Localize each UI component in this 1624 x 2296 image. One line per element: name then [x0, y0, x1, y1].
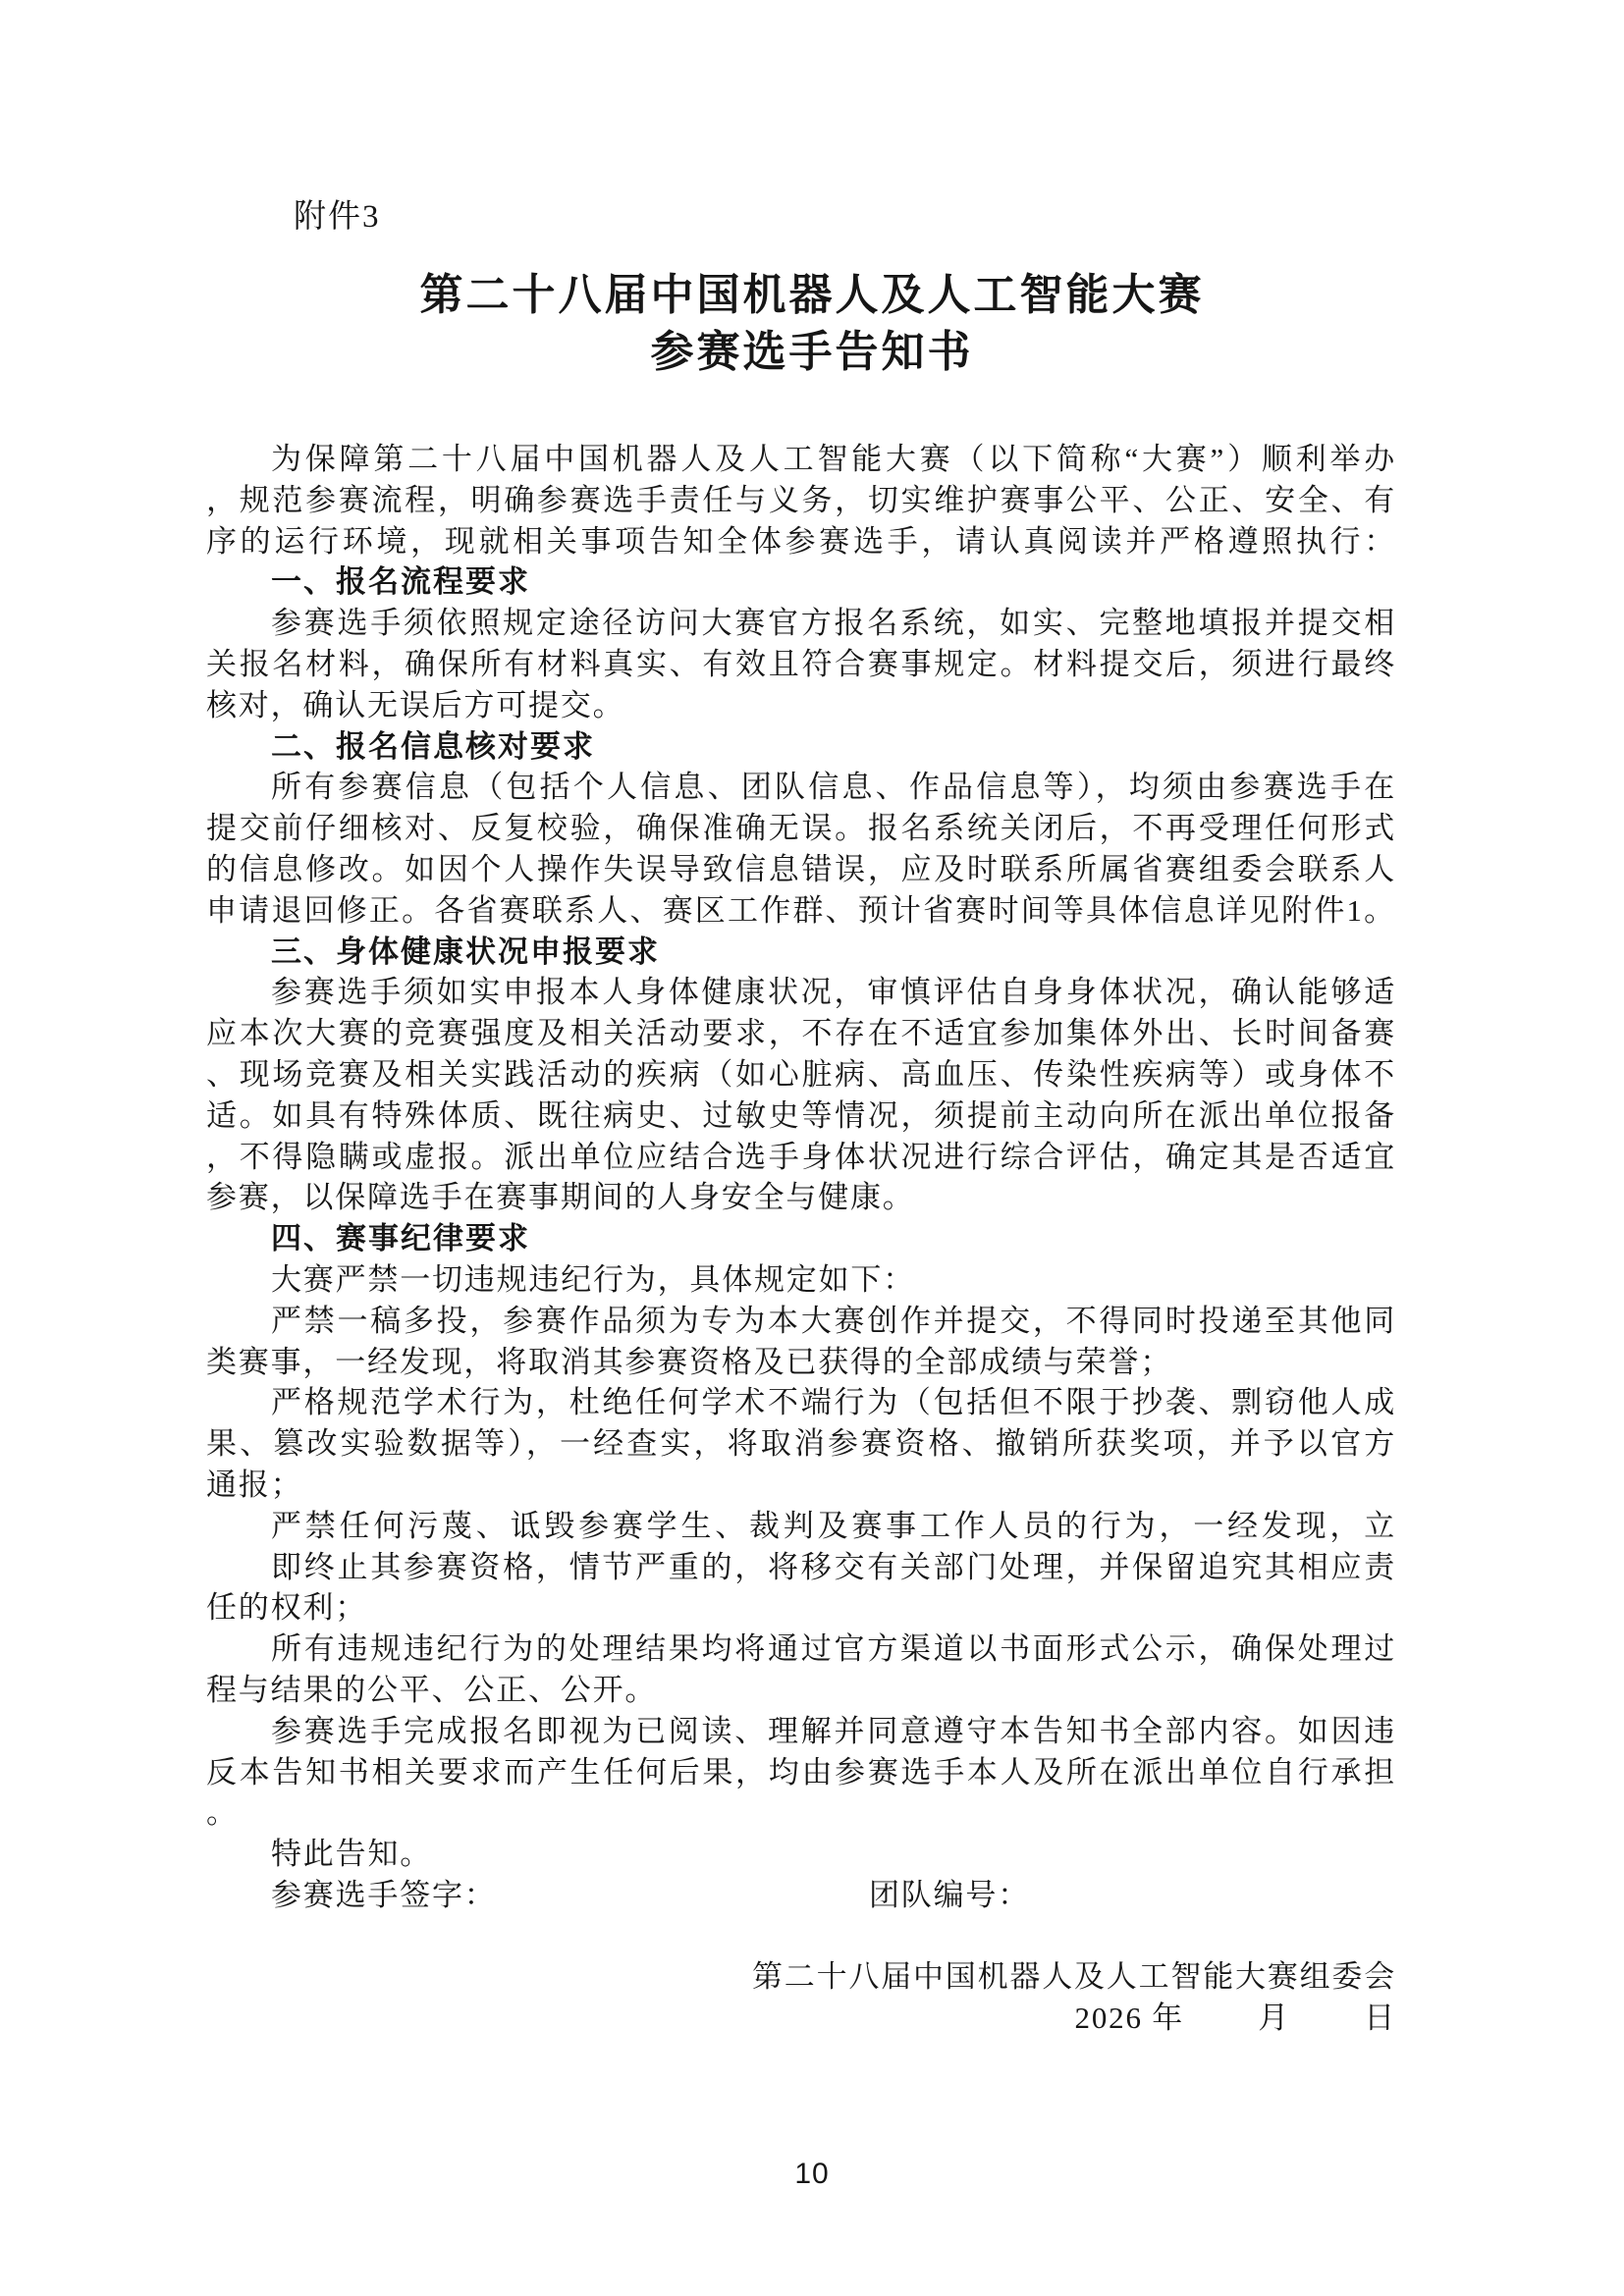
body-line: 参赛选手须如实申报本人身体健康状况，审慎评估自身身体状况，确认能够适	[206, 972, 1396, 1013]
body-line-text: 参赛选手须依照规定途径访问大赛官方报名系统，如实、完整地填报并提交相	[271, 606, 1396, 640]
body-line: 。	[206, 1792, 1396, 1834]
body-line-text: 为保障第二十八届中国机器人及人工智能大赛（以下简称“大赛”）顺利举办	[271, 442, 1396, 476]
body-line-text: 所有违规违纪行为的处理结果均将通过官方渠道以书面形式公示，确保处理过	[271, 1631, 1396, 1666]
body-line: 应本次大赛的竞赛强度及相关活动要求，不存在不适宜参加集体外出、长时间备赛	[206, 1013, 1396, 1054]
body-line: 大赛严禁一切违规违纪行为，具体规定如下：	[206, 1259, 1396, 1301]
body-line-text: 特此告知。	[271, 1837, 432, 1871]
body-line: 核对，确认无误后方可提交。	[206, 685, 1396, 726]
body-line: 任的权利；	[206, 1587, 1396, 1629]
body-line: 即终止其参赛资格，情节严重的，将移交有关部门处理，并保留追究其相应责	[206, 1547, 1396, 1588]
body-line: 关报名材料，确保所有材料真实、有效且符合赛事规定。材料提交后，须进行最终	[206, 644, 1396, 685]
body-line-text: 的信息修改。如因个人操作失误导致信息错误，应及时联系所属省赛组委会联系人	[206, 852, 1396, 886]
body-line-text: 2026 年 月 日	[1075, 2001, 1396, 2035]
body-line-text: 。	[206, 1795, 239, 1830]
body-line-text: 、现场竞赛及相关实践活动的疾病（如心脏病、高血压、传染性疾病等）或身体不	[206, 1057, 1396, 1092]
page-number: 10	[0, 2156, 1624, 2193]
body-line: 反本告知书相关要求而产生任何后果，均由参赛选手本人及所在派出单位自行承担	[206, 1752, 1396, 1793]
body-line: 严格规范学术行为，杜绝任何学术不端行为（包括但不限于抄袭、剽窃他人成	[206, 1382, 1396, 1423]
body-line-text: 严禁一稿多投，参赛作品须为专为本大赛创作并提交，不得同时投递至其他同	[271, 1304, 1396, 1338]
section-heading-4: 四、赛事纪律要求	[206, 1218, 1396, 1259]
body-line-text: 一、报名流程要求	[271, 564, 530, 599]
body-line-text: 严禁任何污蔑、诋毁参赛学生、裁判及赛事工作人员的行为，一经发现，立	[271, 1509, 1396, 1543]
body-line-text: ，不得隐瞒或虚报。派出单位应结合选手身体状况进行综合评估，确定其是否适宜	[206, 1140, 1396, 1174]
body-line: ，规范参赛流程，明确参赛选手责任与义务，切实维护赛事公平、公正、安全、有	[206, 480, 1396, 521]
body-line: 通报；	[206, 1465, 1396, 1506]
body-line-text: 程与结果的公平、公正、公开。	[206, 1673, 657, 1707]
body-line: 参赛选手须依照规定途径访问大赛官方报名系统，如实、完整地填报并提交相	[206, 603, 1396, 644]
body-line-text: 提交前仔细核对、反复校验，确保准确无误。报名系统关闭后，不再受理任何形式	[206, 811, 1396, 845]
section-heading-1: 一、报名流程要求	[206, 561, 1396, 603]
signature-line: 参赛选手签字：团队编号：	[206, 1875, 1396, 1916]
body-line: 特此告知。	[206, 1834, 1396, 1875]
body-line: 严禁一稿多投，参赛作品须为专为本大赛创作并提交，不得同时投递至其他同	[206, 1301, 1396, 1342]
body-line: 序的运行环境，现就相关事项告知全体参赛选手，请认真阅读并严格遵照执行：	[206, 521, 1396, 562]
body-line: 类赛事，一经发现，将取消其参赛资格及已获得的全部成绩与荣誉；	[206, 1342, 1396, 1383]
body-line-text: 严格规范学术行为，杜绝任何学术不端行为（包括但不限于抄袭、剽窃他人成	[271, 1385, 1396, 1419]
document-page: 附件3 第二十八届中国机器人及人工智能大赛 参赛选手告知书 为保障第二十八届中国…	[0, 0, 1624, 2296]
body-line: 果、篡改实验数据等），一经查实，将取消参赛资格、撤销所获奖项，并予以官方	[206, 1423, 1396, 1465]
body-line-text: 关报名材料，确保所有材料真实、有效且符合赛事规定。材料提交后，须进行最终	[206, 647, 1396, 681]
body-line-text: 参赛选手完成报名即视为已阅读、理解并同意遵守本告知书全部内容。如因违	[271, 1714, 1396, 1748]
body-line-text: 适。如具有特殊体质、既往病史、过敏史等情况，须提前主动向所在派出单位报备	[206, 1098, 1396, 1133]
body-line: 的信息修改。如因个人操作失误导致信息错误，应及时联系所属省赛组委会联系人	[206, 849, 1396, 890]
body-line-text: 参赛选手须如实申报本人身体健康状况，审慎评估自身身体状况，确认能够适	[271, 975, 1396, 1009]
body-line-text: 任的权利；	[206, 1590, 367, 1625]
body-line: 适。如具有特殊体质、既往病史、过敏史等情况，须提前主动向所在派出单位报备	[206, 1095, 1396, 1137]
document-title-line1: 第二十八届中国机器人及人工智能大赛	[0, 267, 1624, 324]
body-line: 参赛，以保障选手在赛事期间的人身安全与健康。	[206, 1177, 1396, 1218]
document-title-line2: 参赛选手告知书	[0, 324, 1624, 381]
body-line-text: 三、身体健康状况申报要求	[271, 934, 660, 969]
document-body: 为保障第二十八届中国机器人及人工智能大赛（以下简称“大赛”）顺利举办，规范参赛流…	[206, 439, 1396, 2039]
body-line: 申请退回修正。各省赛联系人、赛区工作群、预计省赛时间等具体信息详见附件1。	[206, 890, 1396, 932]
date-line: 2026 年 月 日	[206, 1998, 1396, 2039]
body-line-text: 申请退回修正。各省赛联系人、赛区工作群、预计省赛时间等具体信息详见附件1。	[206, 893, 1396, 928]
body-line-text: 即终止其参赛资格，情节严重的，将移交有关部门处理，并保留追究其相应责	[271, 1550, 1396, 1584]
body-line: 为保障第二十八届中国机器人及人工智能大赛（以下简称“大赛”）顺利举办	[206, 439, 1396, 480]
body-line-text: 反本告知书相关要求而产生任何后果，均由参赛选手本人及所在派出单位自行承担	[206, 1755, 1396, 1789]
body-line-text: 大赛严禁一切违规违纪行为，具体规定如下：	[271, 1262, 915, 1297]
body-line-text: 类赛事，一经发现，将取消其参赛资格及已获得的全部成绩与荣誉；	[206, 1345, 1172, 1379]
body-line: 、现场竞赛及相关实践活动的疾病（如心脏病、高血压、传染性疾病等）或身体不	[206, 1054, 1396, 1095]
attachment-label: 附件3	[294, 196, 381, 238]
body-line-text: 序的运行环境，现就相关事项告知全体参赛选手，请认真阅读并严格遵照执行：	[206, 524, 1396, 559]
signature-label: 参赛选手签字：	[271, 1878, 497, 1912]
body-line: 程与结果的公平、公正、公开。	[206, 1670, 1396, 1711]
body-line-text: 核对，确认无误后方可提交。	[206, 688, 624, 722]
body-line-text: 应本次大赛的竞赛强度及相关活动要求，不存在不适宜参加集体外出、长时间备赛	[206, 1016, 1396, 1050]
document-title: 第二十八届中国机器人及人工智能大赛 参赛选手告知书	[0, 267, 1624, 381]
body-line: 参赛选手完成报名即视为已阅读、理解并同意遵守本告知书全部内容。如因违	[206, 1711, 1396, 1752]
body-line: 所有违规违纪行为的处理结果均将通过官方渠道以书面形式公示，确保处理过	[206, 1629, 1396, 1670]
body-line: 严禁任何污蔑、诋毁参赛学生、裁判及赛事工作人员的行为，一经发现，立	[206, 1506, 1396, 1547]
body-line-text: 参赛，以保障选手在赛事期间的人身安全与健康。	[206, 1180, 915, 1214]
body-line-text: ，规范参赛流程，明确参赛选手责任与义务，切实维护赛事公平、公正、安全、有	[206, 483, 1396, 517]
section-heading-3: 三、身体健康状况申报要求	[206, 932, 1396, 973]
body-line: ，不得隐瞒或虚报。派出单位应结合选手身体状况进行综合评估，确定其是否适宜	[206, 1137, 1396, 1178]
body-line-text: 二、报名信息核对要求	[271, 729, 595, 764]
committee-signoff: 第二十八届中国机器人及人工智能大赛组委会	[206, 1956, 1396, 1998]
blank-line	[206, 1916, 1396, 1957]
body-line-text: 所有参赛信息（包括个人信息、团队信息、作品信息等），均须由参赛选手在	[271, 770, 1396, 804]
body-line-text: 四、赛事纪律要求	[271, 1221, 530, 1255]
body-line-text: 第二十八届中国机器人及人工智能大赛组委会	[752, 1959, 1396, 1994]
body-line: 所有参赛信息（包括个人信息、团队信息、作品信息等），均须由参赛选手在	[206, 767, 1396, 808]
body-line-text: 通报；	[206, 1468, 302, 1502]
section-heading-2: 二、报名信息核对要求	[206, 726, 1396, 768]
body-line-text: 果、篡改实验数据等），一经查实，将取消参赛资格、撤销所获奖项，并予以官方	[206, 1426, 1396, 1461]
team-number-label: 团队编号：	[869, 1875, 1030, 1916]
body-line: 提交前仔细核对、反复校验，确保准确无误。报名系统关闭后，不再受理任何形式	[206, 808, 1396, 849]
